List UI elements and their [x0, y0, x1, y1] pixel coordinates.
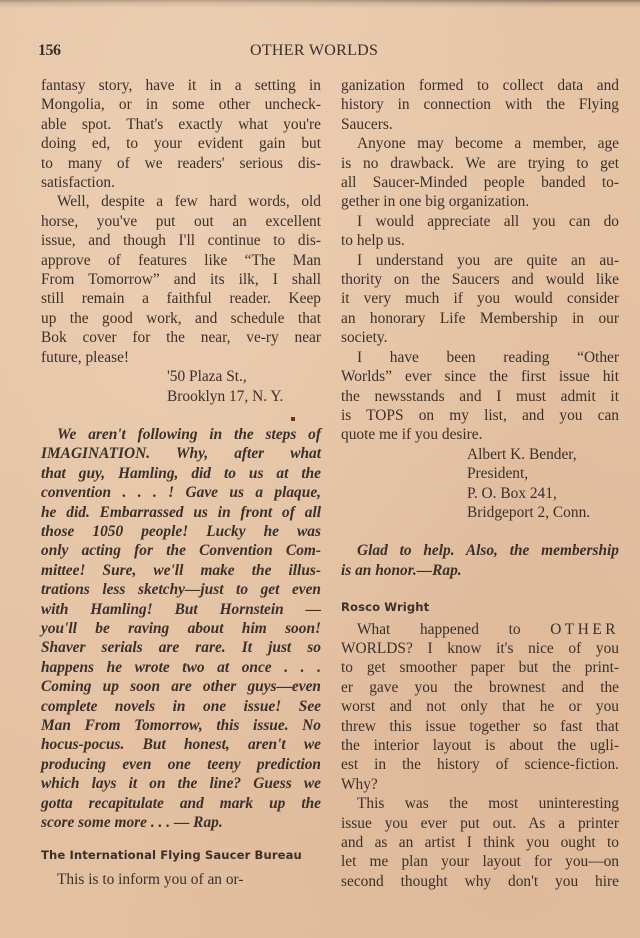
text-line: happens he wrote two at once . . . — [41, 658, 321, 677]
text-line: which lays it on the line? Guess we — [41, 774, 321, 793]
text-line: IMAGINATION. Why, after what — [41, 444, 321, 463]
text-line: those 1050 people! Lucky he was — [41, 522, 321, 541]
text-line: to help us. — [341, 231, 619, 250]
letter3-paragraph-1-body: WORLDS? I know it's nice of youto get sm… — [341, 639, 619, 794]
ornament-dot — [291, 417, 295, 421]
text-line: is TOPS on my list, and you can — [341, 406, 619, 425]
text-line: is an honor.—Rap. — [341, 561, 619, 580]
text-line: Bok cover for the near, ve-ry near — [41, 328, 321, 347]
text-line: let me plan your layout for you—on — [341, 852, 619, 871]
text-line: able spot. That's exactly what you're — [41, 115, 321, 134]
text-line: Why? — [341, 775, 619, 794]
text-line: to many of we readers' serious dis- — [41, 154, 321, 173]
text-line: This was the most uninteresting — [341, 794, 619, 813]
text-line: From Tomorrow” and its ilk, I shall — [41, 270, 321, 289]
page-number: 156 — [38, 42, 61, 60]
letter2-paragraph-5: I have been reading “OtherWorlds” ever s… — [341, 348, 619, 445]
text-line: Shaver serials are rare. It just so — [41, 638, 321, 657]
magazine-name-caps: OTHER — [550, 621, 619, 638]
running-head: OTHER WORLDS — [250, 42, 378, 60]
text-line: '50 Plaza St., — [167, 367, 321, 386]
spacer — [341, 522, 619, 541]
text-line: thority on the Saucers and would like — [341, 270, 619, 289]
text-line: P. O. Box 241, — [467, 484, 619, 503]
text-line: you'll be raving about him soon! — [41, 619, 321, 638]
text-line: worst and not only that he or you — [341, 697, 619, 716]
text-line: quote me if you desire. — [341, 425, 619, 444]
text-line: up the good work, and schedule that — [41, 309, 321, 328]
right-column: ganization formed to collect data andhis… — [341, 76, 619, 891]
text-line: Coming up soon are other guys—even — [41, 677, 321, 696]
text-line: the interior layout is about the ugli- — [341, 736, 619, 755]
text-line: Well, despite a few hard words, old — [41, 192, 321, 211]
text-line: President, — [467, 464, 619, 483]
letter3-first-line: What happened to OTHER — [341, 620, 619, 639]
text-line: society. — [341, 328, 619, 347]
text-line: producing even one teeny prediction — [41, 755, 321, 774]
text-line: I have been reading “Other — [341, 348, 619, 367]
text-line: with Hamling! But Hornstein — — [41, 600, 321, 619]
text-line: I would appreciate all you can do — [341, 212, 619, 231]
text-line: This is to inform you of an or- — [41, 870, 321, 889]
letter2-signature: Albert K. Bender,President,P. O. Box 241… — [341, 445, 619, 523]
text-line: it very much if you would consider — [341, 289, 619, 308]
text-line: to get smoother paper but the print- — [341, 658, 619, 677]
text-line: only acting for the Convention Com- — [41, 541, 321, 560]
text-line: Albert K. Bender, — [467, 445, 619, 464]
text-line: est in the history of science-fiction. — [341, 755, 619, 774]
first-line-text: What happened to — [357, 621, 521, 638]
text-line: We aren't following in the steps of — [41, 425, 321, 444]
text-line: issue, and though I'll continue to dis- — [41, 231, 321, 250]
text-line: gotta recapitulate and mark up the — [41, 794, 321, 813]
text-line: an honorary Life Membership in our — [341, 309, 619, 328]
text-line: approve of features like “The Man — [41, 251, 321, 270]
text-line: fantasy story, have it in a setting in — [41, 76, 321, 95]
text-line: threw this issue together so fast that — [341, 717, 619, 736]
editor-reply-1: We aren't following in the steps ofIMAGI… — [41, 425, 321, 833]
text-line: is no drawback. We are trying to get — [341, 154, 619, 173]
letter1-paragraph-1: fantasy story, have it in a setting inMo… — [41, 76, 321, 192]
letter1-signature: '50 Plaza St.,Brooklyn 17, N. Y. — [41, 367, 321, 406]
text-line: Worlds” ever since the first issue hit — [341, 367, 619, 386]
spacer — [41, 832, 321, 846]
spacer — [41, 406, 321, 425]
letter2-paragraph-1-cont: ganization formed to collect data andhis… — [341, 76, 619, 134]
text-line: Anyone may become a member, age — [341, 134, 619, 153]
letter2-paragraph-4: I understand you are quite an au-thority… — [341, 251, 619, 348]
letter2-paragraph-2: Anyone may become a member, ageis no dra… — [341, 134, 619, 212]
text-line: WORLDS? I know it's nice of you — [341, 639, 619, 658]
text-line: the newsstands and I must admit it — [341, 387, 619, 406]
text-line: I understand you are quite an au- — [341, 251, 619, 270]
letter1-paragraph-2: Well, despite a few hard words, oldhorse… — [41, 192, 321, 367]
letter3-paragraph-2: This was the most uninterestingissue you… — [341, 794, 619, 891]
text-line: Man From Tomorrow, this issue. No — [41, 716, 321, 735]
text-line: future, please! — [41, 348, 321, 367]
text-line: and as an artist I think you ought to — [341, 833, 619, 852]
letter2-paragraph-3: I would appreciate all you can doto help… — [341, 212, 619, 251]
letter3-heading: Rosco Wright — [341, 598, 619, 617]
text-line: ganization formed to collect data and — [341, 76, 619, 95]
spacer — [341, 580, 619, 598]
text-line: er gave you the brownest and the — [341, 678, 619, 697]
text-line: trations less sketchy—just to get even — [41, 580, 321, 599]
editor-reply-2: Glad to help. Also, the membershipis an … — [341, 541, 619, 580]
text-line: Mongolia, or in some other uncheck- — [41, 95, 321, 114]
text-line: hocus-pocus. But honest, aren't we — [41, 735, 321, 754]
text-line: all Saucer-Minded people banded to- — [341, 173, 619, 192]
left-column: fantasy story, have it in a setting inMo… — [41, 76, 321, 889]
text-line: second thought why don't you hire — [341, 872, 619, 891]
text-line: Brooklyn 17, N. Y. — [167, 387, 321, 406]
text-line: still remain a faithful reader. Keep — [41, 289, 321, 308]
text-line: that guy, Hamling, did to us at the — [41, 464, 321, 483]
text-line: mittee! Sure, we'll make the illus- — [41, 561, 321, 580]
text-line: Bridgeport 2, Conn. — [467, 503, 619, 522]
text-line: he did. Embarrassed us in front of all — [41, 503, 321, 522]
text-line: Glad to help. Also, the membership — [341, 541, 619, 560]
text-line: convention . . . ! Gave us a plaque, — [41, 483, 321, 502]
text-line: doing ed, to your evident gain but — [41, 134, 321, 153]
text-line: score some more . . . — Rap. — [41, 813, 321, 832]
text-line: issue you ever put out. As a printer — [341, 814, 619, 833]
letter3-paragraph-1: What happened to OTHER WORLDS? I know it… — [341, 620, 619, 795]
text-line: satisfaction. — [41, 173, 321, 192]
text-line: complete novels in one issue! See — [41, 697, 321, 716]
page-header: 156 OTHER WORLDS — [38, 38, 614, 62]
text-line: Saucers. — [341, 115, 619, 134]
letter2-paragraph-1: This is to inform you of an or- — [41, 870, 321, 889]
text-line: gether in one big organization. — [341, 192, 619, 211]
text-line: history in connection with the Flying — [341, 95, 619, 114]
text-line: horse, you've put out an excellent — [41, 212, 321, 231]
letter2-heading: The International Flying Saucer Bureau — [41, 846, 321, 865]
